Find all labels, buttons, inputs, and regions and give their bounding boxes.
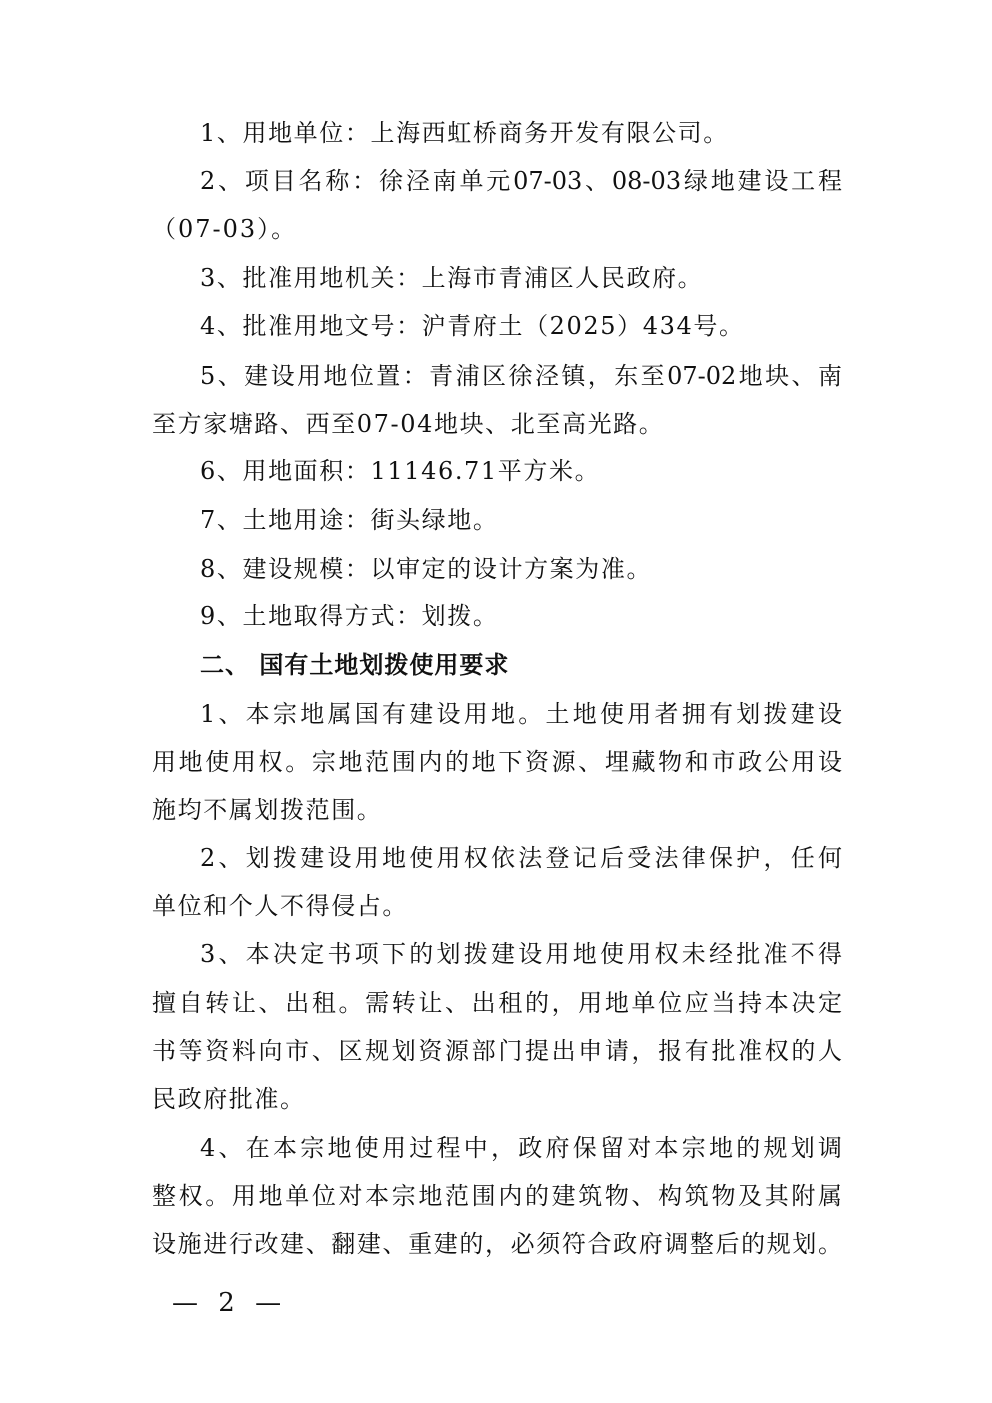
requirement-3-line-4: 民政府批准。 [152,1084,842,1114]
item-approval-authority: 3、批准用地机关：上海市青浦区人民政府。 [200,263,842,293]
requirement-4-line-1: 4、在本宗地使用过程中，政府保留对本宗地的规划调 [200,1133,842,1163]
document-page: 1、用地单位：上海西虹桥商务开发有限公司。 2、项目名称：徐泾南单元07-03、… [0,0,992,1403]
item-land-use: 7、土地用途：街头绿地。 [200,505,842,535]
requirement-3-line-1: 3、本决定书项下的划拨建设用地使用权未经批准不得 [200,939,842,969]
requirement-3-line-3: 书等资料向市、区规划资源部门提出申请，报有批准权的人 [152,1036,842,1066]
item-project-name-cont: （07-03）。 [152,214,842,244]
requirement-2-line-2: 单位和个人不得侵占。 [152,891,842,921]
item-project-name: 2、项目名称：徐泾南单元07-03、08-03绿地建设工程 [200,166,842,196]
requirement-1-line-1: 1、本宗地属国有建设用地。土地使用者拥有划拨建设 [200,699,842,729]
requirement-4-line-2: 整权。用地单位对本宗地范围内的建筑物、构筑物及其附属 [152,1181,842,1211]
item-construction-scale: 8、建设规模：以审定的设计方案为准。 [200,554,842,584]
item-land-location: 5、建设用地位置：青浦区徐泾镇，东至07-02地块、南 [200,361,842,391]
item-land-location-cont: 至方家塘路、西至07-04地块、北至高光路。 [152,409,842,439]
requirement-3-line-2: 擅自转让、出租。需转让、出租的，用地单位应当持本决定 [152,988,842,1018]
requirement-1-line-3: 施均不属划拨范围。 [152,795,842,825]
requirement-4-line-3: 设施进行改建、翻建、重建的，必须符合政府调整后的规划。 [152,1229,842,1259]
item-land-area: 6、用地面积：11146.71平方米。 [200,456,842,486]
page-number: — 2 — [172,1288,287,1318]
item-land-user: 1、用地单位：上海西虹桥商务开发有限公司。 [200,118,842,148]
item-acquisition-method: 9、土地取得方式：划拨。 [200,601,842,631]
requirement-2-line-1: 2、划拨建设用地使用权依法登记后受法律保护，任何 [200,843,842,873]
requirement-1-line-2: 用地使用权。宗地范围内的地下资源、埋藏物和市政公用设 [152,747,842,777]
item-approval-doc-number: 4、批准用地文号：沪青府土（2025）434号。 [200,311,842,341]
section-heading: 二、 国有土地划拨使用要求 [200,650,842,680]
